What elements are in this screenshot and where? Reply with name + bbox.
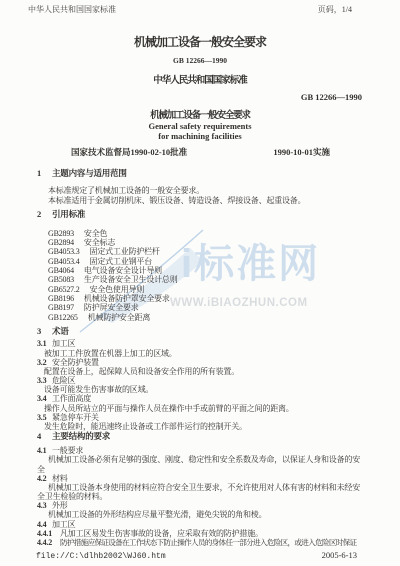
clause-row: 4.4加工区 — [37, 520, 363, 529]
implementation-date: 1990-10-01实施 — [273, 146, 330, 158]
term-definition: 配置在设备上，起保障人员和设备安全作用的所有装置。 — [37, 367, 363, 376]
clause-paragraph: 机械加工设备必须有足够的强度、刚度、稳定性和安全系数及寿命，以保证人身和设备的安… — [37, 455, 363, 473]
clause-row: 4.4.1凡加工区易发生伤害事故的设备，应采取有效的防护措施。 — [37, 529, 363, 538]
term-row: 3.2安全防护装置 — [37, 358, 363, 367]
reference-item: GB5083生产设备安全卫生设计总则 — [48, 275, 363, 284]
term-row: 3.5紧急停车开关 — [37, 413, 363, 422]
section-2-title: 引用标准 — [52, 209, 85, 219]
header-page-number: 页码，1/4 — [318, 4, 352, 15]
standard-code-right: GB 12266—1990 — [301, 92, 362, 102]
reference-item: GB6527.2安全色使用导则 — [48, 285, 363, 294]
approval-text: 国家技术监督局1990-02-10批准 — [71, 146, 187, 158]
standard-title-en-line2: for machining facilities — [0, 131, 400, 141]
document-page: i标准网 WWW.iBIAOZHUN.COM 中华人民共和国国家标准 页码，1/… — [0, 0, 400, 566]
section-2-number: 2 — [37, 210, 52, 219]
section-4-number: 4 — [37, 432, 52, 441]
document-body: 1主题内容与适用范围 本标准规定了机械加工设备的一般安全要求。 本标准适用于金属… — [37, 166, 363, 547]
national-standard-title: 中华人民共和国国家标准 — [0, 72, 400, 86]
reference-item: GB4053.3固定式工业防护栏杆 — [48, 247, 363, 256]
section-3-number: 3 — [37, 327, 52, 336]
section-2-heading: 2引用标准 — [37, 210, 363, 219]
footer-date: 2005-6-13 — [322, 550, 357, 560]
section-4-title: 主要结构的要求 — [52, 431, 110, 441]
clause-paragraph: 机械加工设备的外形结构应尽量平整光滑，避免尖锐的角和棱。 — [37, 510, 363, 519]
print-footer: file://C:\dlhb2002\WJ60.htm 2005-6-13 — [36, 550, 357, 561]
term-row: 3.4工作面高度 — [37, 394, 363, 403]
section-3-heading: 3术语 — [37, 327, 363, 336]
footer-file-path: file://C:\dlhb2002\WJ60.htm — [36, 552, 166, 561]
reference-item: GB2894安全标志 — [48, 238, 363, 247]
standard-title-en: General safety requirements for machinin… — [0, 121, 400, 141]
section-1-number: 1 — [37, 169, 52, 178]
header-standard-label: 中华人民共和国国家标准 — [28, 4, 116, 15]
clause-paragraph: 机械加工设备本身使用的材料应符合安全卫生要求，不允许使用对人体有害的材料和未经安… — [37, 483, 363, 501]
print-header: 中华人民共和国国家标准 页码，1/4 — [28, 4, 352, 15]
standard-code-center: GB 12266—1990 — [0, 56, 400, 65]
clause-row: 4.4.2防护措施应保证设备在工作状态下防止操作人员的身体任一部分进入危险区，或… — [37, 538, 363, 547]
reference-item: GB4053.4固定式工业钢平台 — [48, 257, 363, 266]
term-row: 3.3危险区 — [37, 376, 363, 385]
approval-row: 国家技术监督局1990-02-10批准 1990-10-01实施 — [71, 146, 330, 158]
section-1-paragraph: 本标准适用于金属切削机床、锻压设备、铸造设备、焊接设备、起重设备。 — [37, 196, 363, 205]
standard-title-cn: 机械加工设备一般安全要求 — [0, 107, 400, 121]
section-4-heading: 4主要结构的要求 — [37, 432, 363, 441]
reference-list: GB2893安全色 GB2894安全标志 GB4053.3固定式工业防护栏杆 G… — [37, 229, 363, 322]
clause-row: 4.3外形 — [37, 501, 363, 510]
term-definition: 操作人员所站立的平面与操作人员在操作中手或前臂的平面之间的距离。 — [37, 404, 363, 413]
term-definition: 发生危险时，能迅速终止设备或工作部件运行的控制开关。 — [37, 422, 363, 431]
reference-item: GB8197防护屏安全要求 — [48, 303, 363, 312]
reference-item: GB12265机械防护安全距离 — [48, 313, 363, 322]
term-definition: 设备可能发生伤害事故的区域。 — [37, 385, 363, 394]
reference-item: GB4064电气设备安全设计导则 — [48, 266, 363, 275]
section-1-title: 主题内容与适用范围 — [52, 168, 127, 178]
section-1-paragraph: 本标准规定了机械加工设备的一般安全要求。 — [37, 186, 363, 195]
clause-list: 4.1一般要求 机械加工设备必须有足够的强度、刚度、稳定性和安全系数及寿命，以保… — [37, 446, 363, 547]
section-1-heading: 1主题内容与适用范围 — [37, 169, 363, 178]
terms-list: 3.1加工区 被加工工件放置在机器上加工的区域。 3.2安全防护装置 配置在设备… — [37, 339, 363, 431]
main-title: 机械加工设备一般安全要求 — [0, 33, 400, 50]
section-3-title: 术语 — [52, 326, 69, 336]
clause-row: 4.2材料 — [37, 474, 363, 483]
term-row: 3.1加工区 — [37, 339, 363, 348]
term-definition: 被加工工件放置在机器上加工的区域。 — [37, 349, 363, 358]
reference-item: GB2893安全色 — [48, 229, 363, 238]
standard-title-en-line1: General safety requirements — [0, 121, 400, 131]
